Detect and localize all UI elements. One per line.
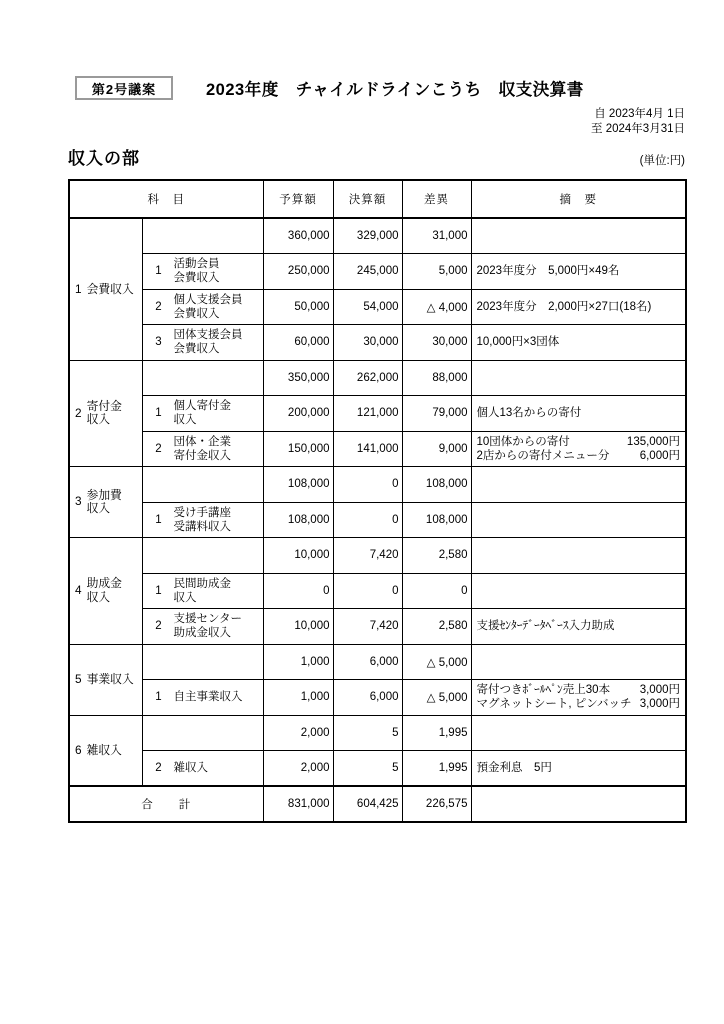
document-header: 第2号議案 2023年度 チャイルドラインこうち 収支決算書: [68, 76, 685, 100]
col-header-subject: 科 目: [69, 180, 263, 218]
category-cell: 2寄付金収入: [69, 360, 142, 467]
income-statement-table: 科 目予算額決算額差異摘 要1会費収入360,000329,00031,0001…: [68, 179, 687, 823]
detail-row: 1個人寄付金収入200,000121,00079,000個人13名からの寄付: [69, 396, 686, 432]
remark-line: 10団体からの寄付135,000円: [477, 435, 681, 449]
remarks-cell: 10団体からの寄付135,000円2店からの寄付メニュー分6,000円: [471, 431, 686, 467]
detail-row: 2団体・企業寄付金収入150,000141,0009,00010団体からの寄付1…: [69, 431, 686, 467]
detail-row: 2個人支援会員会費収入50,00054,000△ 4,0002023年度分 2,…: [69, 289, 686, 325]
total-settlement-cell: 604,425: [333, 786, 402, 822]
category-label: 会費収入: [87, 283, 134, 297]
remark-text: 寄付つきﾎﾞｰﾙﾍﾟﾝ売上30本: [477, 683, 611, 697]
difference-cell: 79,000: [402, 396, 471, 432]
subitem-cell: 2支援センター助成金収入: [142, 609, 263, 645]
subitem-label: 活動会員会費収入: [174, 257, 220, 285]
remarks-cell: [471, 644, 686, 680]
settlement-cell: 329,000: [333, 218, 402, 254]
subitem-number: 1: [155, 584, 163, 598]
summary-row: 6雑収入2,00051,995: [69, 715, 686, 751]
remark-line: 2店からの寄付メニュー分6,000円: [477, 449, 681, 463]
summary-row: 2寄付金収入350,000262,00088,000: [69, 360, 686, 396]
category-label: 参加費収入: [87, 489, 122, 516]
remarks-cell: 支援ｾﾝﾀｰﾃﾞｰﾀﾍﾞｰｽ入力助成: [471, 609, 686, 645]
remark-text: マグネットシート, ピンバッチ: [477, 697, 632, 711]
docket-label: 第2号議案: [92, 79, 156, 98]
budget-cell: 50,000: [263, 289, 333, 325]
subitem-cell-empty: [142, 715, 263, 751]
subitem-number: 1: [155, 513, 163, 527]
remarks-cell: 個人13名からの寄付: [471, 396, 686, 432]
remark-line: マグネットシート, ピンバッチ3,000円: [477, 697, 681, 711]
settlement-cell: 54,000: [333, 289, 402, 325]
settlement-cell: 141,000: [333, 431, 402, 467]
category-label: 助成金収入: [87, 577, 122, 604]
subitem-cell-empty: [142, 467, 263, 503]
budget-cell: 10,000: [263, 538, 333, 574]
settlement-cell: 245,000: [333, 254, 402, 290]
settlement-cell: 0: [333, 573, 402, 609]
remarks-cell: [471, 573, 686, 609]
remark-line: 個人13名からの寄付: [477, 406, 681, 420]
remark-amount: 3,000円: [640, 697, 680, 711]
period-block: 自 2023年4月 1日 至 2024年3月31日: [68, 107, 685, 136]
remark-text: 10,000円×3団体: [477, 335, 560, 349]
budget-cell: 1,000: [263, 644, 333, 680]
difference-cell: 0: [402, 573, 471, 609]
remark-line: 支援ｾﾝﾀｰﾃﾞｰﾀﾍﾞｰｽ入力助成: [477, 619, 681, 633]
category-number: 5: [75, 673, 82, 687]
remarks-cell: [471, 360, 686, 396]
document-page: 第2号議案 2023年度 チャイルドラインこうち 収支決算書 自 2023年4月…: [0, 0, 724, 1024]
difference-cell: △ 4,000: [402, 289, 471, 325]
period-to: 至 2024年3月31日: [68, 122, 685, 137]
difference-cell: 88,000: [402, 360, 471, 396]
col-header-remarks: 摘 要: [471, 180, 686, 218]
difference-cell: △ 5,000: [402, 644, 471, 680]
subitem-label: 団体・企業寄付金収入: [174, 435, 232, 463]
difference-cell: 31,000: [402, 218, 471, 254]
budget-cell: 1,000: [263, 680, 333, 716]
budget-cell: 200,000: [263, 396, 333, 432]
difference-cell: 108,000: [402, 502, 471, 538]
subitem-number: 3: [155, 335, 163, 349]
remark-text: 個人13名からの寄付: [477, 406, 582, 420]
settlement-cell: 121,000: [333, 396, 402, 432]
remark-amount: 3,000円: [640, 683, 680, 697]
settlement-cell: 262,000: [333, 360, 402, 396]
subitem-cell: 1個人寄付金収入: [142, 396, 263, 432]
remarks-cell: [471, 715, 686, 751]
summary-row: 5事業収入1,0006,000△ 5,000: [69, 644, 686, 680]
detail-row: 1自主事業収入1,0006,000△ 5,000寄付つきﾎﾞｰﾙﾍﾟﾝ売上30本…: [69, 680, 686, 716]
difference-cell: △ 5,000: [402, 680, 471, 716]
difference-cell: 2,580: [402, 609, 471, 645]
budget-cell: 150,000: [263, 431, 333, 467]
budget-cell: 2,000: [263, 715, 333, 751]
category-label: 雑収入: [87, 744, 122, 758]
subitem-label: 個人寄付金収入: [174, 399, 232, 427]
remarks-cell: 預金利息 5円: [471, 751, 686, 787]
remarks-cell: [471, 218, 686, 254]
difference-cell: 2,580: [402, 538, 471, 574]
budget-cell: 108,000: [263, 502, 333, 538]
category-number: 4: [75, 584, 82, 598]
settlement-cell: 5: [333, 715, 402, 751]
remark-amount: 6,000円: [640, 449, 680, 463]
remark-amount: 135,000円: [627, 435, 680, 449]
subitem-cell: 1活動会員会費収入: [142, 254, 263, 290]
subitem-label: 自主事業収入: [174, 690, 243, 704]
remarks-cell: 10,000円×3団体: [471, 325, 686, 361]
subitem-label: 団体支援会員会費収入: [174, 328, 243, 356]
budget-cell: 2,000: [263, 751, 333, 787]
detail-row: 2支援センター助成金収入10,0007,4202,580支援ｾﾝﾀｰﾃﾞｰﾀﾍﾞ…: [69, 609, 686, 645]
remark-line: 10,000円×3団体: [477, 335, 681, 349]
category-number: 3: [75, 495, 82, 509]
subitem-cell-empty: [142, 644, 263, 680]
remark-line: 2023年度分 2,000円×27口(18名): [477, 300, 681, 314]
subitem-number: 2: [155, 442, 163, 456]
subitem-cell-empty: [142, 538, 263, 574]
budget-cell: 60,000: [263, 325, 333, 361]
page-title: 2023年度 チャイルドラインこうち 収支決算書: [206, 76, 584, 100]
settlement-cell: 7,420: [333, 609, 402, 645]
difference-cell: 1,995: [402, 751, 471, 787]
category-label: 事業収入: [87, 673, 134, 687]
difference-cell: 108,000: [402, 467, 471, 503]
total-row: 合 計831,000604,425226,575: [69, 786, 686, 822]
section-title: 収入の部: [68, 144, 140, 169]
category-label: 寄付金収入: [87, 400, 122, 427]
remark-line: 2023年度分 5,000円×49名: [477, 264, 681, 278]
difference-cell: 5,000: [402, 254, 471, 290]
budget-cell: 360,000: [263, 218, 333, 254]
settlement-cell: 0: [333, 502, 402, 538]
budget-cell: 250,000: [263, 254, 333, 290]
summary-row: 3参加費収入108,0000108,000: [69, 467, 686, 503]
remark-text: 2023年度分 2,000円×27口(18名): [477, 300, 652, 314]
remarks-cell: 寄付つきﾎﾞｰﾙﾍﾟﾝ売上30本3,000円マグネットシート, ピンバッチ3,0…: [471, 680, 686, 716]
subitem-number: 2: [155, 619, 163, 633]
remarks-cell: [471, 502, 686, 538]
subitem-cell: 1民間助成金収入: [142, 573, 263, 609]
table-header-row: 科 目予算額決算額差異摘 要: [69, 180, 686, 218]
summary-row: 1会費収入360,000329,00031,000: [69, 218, 686, 254]
settlement-cell: 6,000: [333, 644, 402, 680]
settlement-cell: 0: [333, 467, 402, 503]
category-cell: 1会費収入: [69, 218, 142, 360]
remark-text: 2023年度分 5,000円×49名: [477, 264, 620, 278]
unit-note: (単位:円): [640, 152, 685, 169]
subitem-label: 支援センター助成金収入: [174, 612, 243, 640]
subitem-label: 民間助成金収入: [174, 577, 232, 605]
remark-line: 預金利息 5円: [477, 761, 681, 775]
col-header-settlement: 決算額: [333, 180, 402, 218]
subitem-number: 2: [155, 300, 163, 314]
difference-cell: 30,000: [402, 325, 471, 361]
total-remarks-cell: [471, 786, 686, 822]
remark-text: 預金利息 5円: [477, 761, 552, 775]
total-label-cell: 合 計: [69, 786, 263, 822]
settlement-cell: 30,000: [333, 325, 402, 361]
category-cell: 4助成金収入: [69, 538, 142, 645]
total-budget-cell: 831,000: [263, 786, 333, 822]
subitem-number: 2: [155, 761, 163, 775]
subitem-label: 受け手講座受講料収入: [174, 506, 232, 534]
budget-cell: 350,000: [263, 360, 333, 396]
remarks-cell: [471, 538, 686, 574]
detail-row: 2雑収入2,00051,995預金利息 5円: [69, 751, 686, 787]
detail-row: 1民間助成金収入000: [69, 573, 686, 609]
subitem-cell: 1受け手講座受講料収入: [142, 502, 263, 538]
subitem-cell: 2個人支援会員会費収入: [142, 289, 263, 325]
subitem-number: 1: [155, 264, 163, 278]
col-header-difference: 差異: [402, 180, 471, 218]
period-from: 自 2023年4月 1日: [68, 107, 685, 122]
category-number: 1: [75, 283, 82, 297]
detail-row: 1活動会員会費収入250,000245,0005,0002023年度分 5,00…: [69, 254, 686, 290]
remark-text: 支援ｾﾝﾀｰﾃﾞｰﾀﾍﾞｰｽ入力助成: [477, 619, 615, 633]
budget-cell: 10,000: [263, 609, 333, 645]
subitem-cell-empty: [142, 360, 263, 396]
settlement-cell: 7,420: [333, 538, 402, 574]
total-difference-cell: 226,575: [402, 786, 471, 822]
budget-cell: 0: [263, 573, 333, 609]
settlement-cell: 5: [333, 751, 402, 787]
col-header-budget: 予算額: [263, 180, 333, 218]
category-cell: 3参加費収入: [69, 467, 142, 538]
category-cell: 6雑収入: [69, 715, 142, 786]
remarks-cell: 2023年度分 5,000円×49名: [471, 254, 686, 290]
remarks-cell: 2023年度分 2,000円×27口(18名): [471, 289, 686, 325]
detail-row: 1受け手講座受講料収入108,0000108,000: [69, 502, 686, 538]
docket-box: 第2号議案: [75, 76, 173, 100]
remark-text: 10団体からの寄付: [477, 435, 570, 449]
subitem-label: 雑収入: [174, 761, 209, 775]
settlement-cell: 6,000: [333, 680, 402, 716]
subitem-cell: 3団体支援会員会費収入: [142, 325, 263, 361]
category-cell: 5事業収入: [69, 644, 142, 715]
subitem-cell: 2団体・企業寄付金収入: [142, 431, 263, 467]
remarks-cell: [471, 467, 686, 503]
section-header-row: 収入の部 (単位:円): [68, 144, 685, 169]
detail-row: 3団体支援会員会費収入60,00030,00030,00010,000円×3団体: [69, 325, 686, 361]
remark-text: 2店からの寄付メニュー分: [477, 449, 610, 463]
remark-line: 寄付つきﾎﾞｰﾙﾍﾟﾝ売上30本3,000円: [477, 683, 681, 697]
summary-row: 4助成金収入10,0007,4202,580: [69, 538, 686, 574]
budget-cell: 108,000: [263, 467, 333, 503]
category-number: 6: [75, 744, 82, 758]
subitem-label: 個人支援会員会費収入: [174, 293, 243, 321]
difference-cell: 9,000: [402, 431, 471, 467]
subitem-cell: 1自主事業収入: [142, 680, 263, 716]
subitem-number: 1: [155, 406, 163, 420]
subitem-cell: 2雑収入: [142, 751, 263, 787]
category-number: 2: [75, 407, 82, 421]
subitem-number: 1: [155, 690, 163, 704]
difference-cell: 1,995: [402, 715, 471, 751]
subitem-cell-empty: [142, 218, 263, 254]
